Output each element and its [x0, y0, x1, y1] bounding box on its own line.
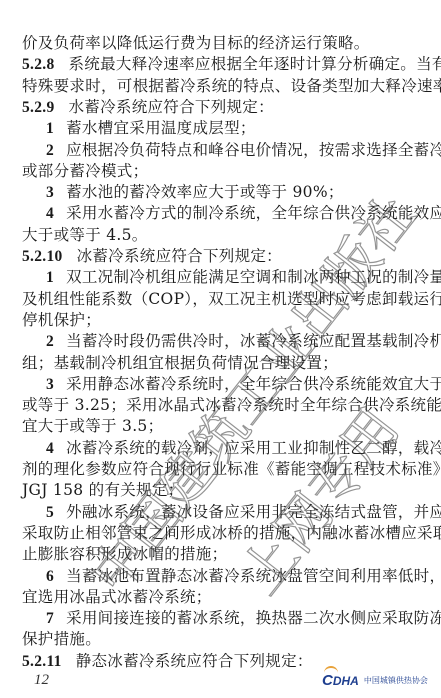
line-text: 宜大于或等于 3.5；	[22, 417, 163, 435]
list-item: 1双工况制冷机组应能满足空调和制冰两种工况的制冷量	[46, 267, 441, 288]
item-number: 3	[46, 184, 54, 201]
text-line: 及机组性能系数（COP），双工况主机选型时应考虑卸载运行及	[22, 289, 426, 309]
item-number: 2	[46, 142, 54, 159]
line-text: 当蓄冰池布置静态冰蓄冷系统冰盘管空间利用率低时，	[66, 567, 441, 585]
line-text: 采用静态冰蓄冷系统时，全年综合供冷系统能效宜大于	[66, 375, 441, 393]
list-item: 2当蓄冷时段仍需供冷时，冰蓄冷系统应配置基载制冷机	[46, 331, 441, 352]
item-number: 3	[46, 376, 54, 393]
item-number: 7	[46, 610, 54, 627]
item-number: 1	[46, 120, 54, 137]
document-page: 价及负荷率以降低运行费为目标的经济运行策略。5.2.8系统最大释冷速率应根据全年…	[0, 0, 441, 698]
line-text: 或等于 3.25；采用冰晶式冰蓄冷系统时全年综合供冷系统能效	[22, 396, 441, 414]
line-text: 采用间接连接的蓄冰系统，换热器二次水侧应采取防冻	[66, 609, 441, 627]
list-item: 5外融冰系统，蓄冰设备应采用非完全冻结式盘管，并应	[46, 502, 441, 523]
logo-text: 中国城镇供热协会	[364, 675, 428, 686]
clause-number: 5.2.11	[22, 653, 62, 670]
text-line: 特殊要求时，可根据蓄冷系统的特点、设备类型加大释冷速率。	[22, 76, 426, 96]
clause-number: 5.2.8	[22, 56, 55, 73]
line-text: JGJ 158 的有关规定；	[22, 481, 183, 499]
page-number: 12	[34, 672, 49, 689]
line-text: 采用水蓄冷方式的制冷系统，全年综合供冷系统能效应	[66, 204, 441, 222]
line-text: 大于或等于 4.5。	[22, 226, 148, 244]
item-number: 2	[46, 333, 54, 350]
list-item: 6当蓄冰池布置静态冰蓄冷系统冰盘管空间利用率低时，	[46, 566, 441, 587]
text-line: 或部分蓄冷模式；	[22, 161, 426, 181]
line-text: 蓄水槽宜采用温度成层型；	[66, 119, 256, 137]
item-number: 6	[46, 568, 54, 585]
list-item: 7采用间接连接的蓄冰系统，换热器二次水侧应采取防冻	[46, 608, 441, 629]
line-text: 及机组性能系数（COP），双工况主机选型时应考虑卸载运行及	[22, 290, 441, 308]
line-text: 止膨胀容积形成冰帽的措施；	[22, 545, 227, 563]
text-line: 或等于 3.25；采用冰晶式冰蓄冷系统时全年综合供冷系统能效	[22, 395, 426, 415]
clause-line: 5.2.11静态冰蓄冷系统应符合下列规定：	[22, 651, 426, 672]
clause-line: 5.2.10冰蓄冷系统应符合下列规定：	[22, 246, 426, 267]
text-line: 大于或等于 4.5。	[22, 225, 426, 245]
clause-number: 5.2.10	[22, 248, 63, 265]
line-text: 冰蓄冷系统应符合下列规定：	[77, 247, 282, 265]
clause-number: 5.2.9	[22, 99, 55, 116]
text-line: 保护措施。	[22, 629, 426, 649]
text-line: 停机保护；	[22, 310, 426, 330]
line-text: 组；基载制冷机组宜根据负荷情况合理设置；	[22, 354, 338, 372]
line-text: 系统最大释冷速率应根据全年逐时计算分析确定。当有	[69, 55, 441, 73]
logo-mark-icon: CDHA	[322, 672, 359, 689]
text-line: 组；基载制冷机组宜根据负荷情况合理设置；	[22, 353, 426, 373]
line-text: 双工况制冷机组应能满足空调和制冰两种工况的制冷量	[66, 268, 441, 286]
list-item: 4冰蓄冷系统的载冷剂，应采用工业抑制性乙二醇，载冷	[46, 438, 441, 459]
clause-line: 5.2.8系统最大释冷速率应根据全年逐时计算分析确定。当有	[22, 54, 426, 75]
association-logo: CDHA 中国城镇供热协会	[322, 672, 428, 689]
line-text: 蓄水池的蓄冷效率应大于或等于 90%；	[66, 183, 344, 201]
line-text: 保护措施。	[22, 630, 101, 648]
clause-line: 5.2.9水蓄冷系统应符合下列规定：	[22, 97, 426, 118]
text-line: 剂的理化参数应符合现行行业标准《蓄能空调工程技术标准》	[22, 459, 426, 479]
line-text: 或部分蓄冷模式；	[22, 162, 148, 180]
line-text: 静态冰蓄冷系统应符合下列规定：	[76, 652, 313, 670]
list-item: 3蓄水池的蓄冷效率应大于或等于 90%；	[46, 182, 441, 203]
line-text: 采取防止相邻管束之间形成冰桥的措施，内融冰蓄冰槽应采取防	[22, 524, 441, 542]
line-text: 冰蓄冷系统的载冷剂，应采用工业抑制性乙二醇，载冷	[66, 439, 441, 457]
item-number: 4	[46, 440, 54, 457]
text-line: 宜选用冰晶式冰蓄冷系统；	[22, 587, 426, 607]
text-line: 宜大于或等于 3.5；	[22, 416, 426, 436]
line-text: 外融冰系统，蓄冰设备应采用非完全冻结式盘管，并应	[66, 503, 441, 521]
line-text: 宜选用冰晶式冰蓄冷系统；	[22, 588, 212, 606]
text-line: 止膨胀容积形成冰帽的措施；	[22, 544, 426, 564]
item-number: 4	[46, 205, 54, 222]
line-text: 当蓄冷时段仍需供冷时，冰蓄冷系统应配置基载制冷机	[66, 332, 441, 350]
text-line: 采取防止相邻管束之间形成冰桥的措施，内融冰蓄冰槽应采取防	[22, 523, 426, 543]
line-text: 停机保护；	[22, 311, 101, 329]
list-item: 3采用静态冰蓄冷系统时，全年综合供冷系统能效宜大于	[46, 374, 441, 395]
line-text: 剂的理化参数应符合现行行业标准《蓄能空调工程技术标准》	[22, 460, 441, 478]
line-text: 应根据冷负荷特点和峰谷电价情况，按需求选择全蓄冷	[66, 141, 441, 159]
line-text: 特殊要求时，可根据蓄冷系统的特点、设备类型加大释冷速率。	[22, 77, 441, 95]
line-text: 价及负荷率以降低运行费为目标的经济运行策略。	[22, 34, 370, 52]
text-line: JGJ 158 的有关规定；	[22, 480, 426, 500]
text-line: 价及负荷率以降低运行费为目标的经济运行策略。	[22, 33, 426, 53]
list-item: 1蓄水槽宜采用温度成层型；	[46, 118, 441, 139]
logo-arc-icon	[324, 666, 338, 676]
line-text: 水蓄冷系统应符合下列规定：	[69, 98, 274, 116]
list-item: 4采用水蓄冷方式的制冷系统，全年综合供冷系统能效应	[46, 203, 441, 224]
list-item: 2应根据冷负荷特点和峰谷电价情况，按需求选择全蓄冷	[46, 140, 441, 161]
item-number: 5	[46, 504, 54, 521]
item-number: 1	[46, 269, 54, 286]
